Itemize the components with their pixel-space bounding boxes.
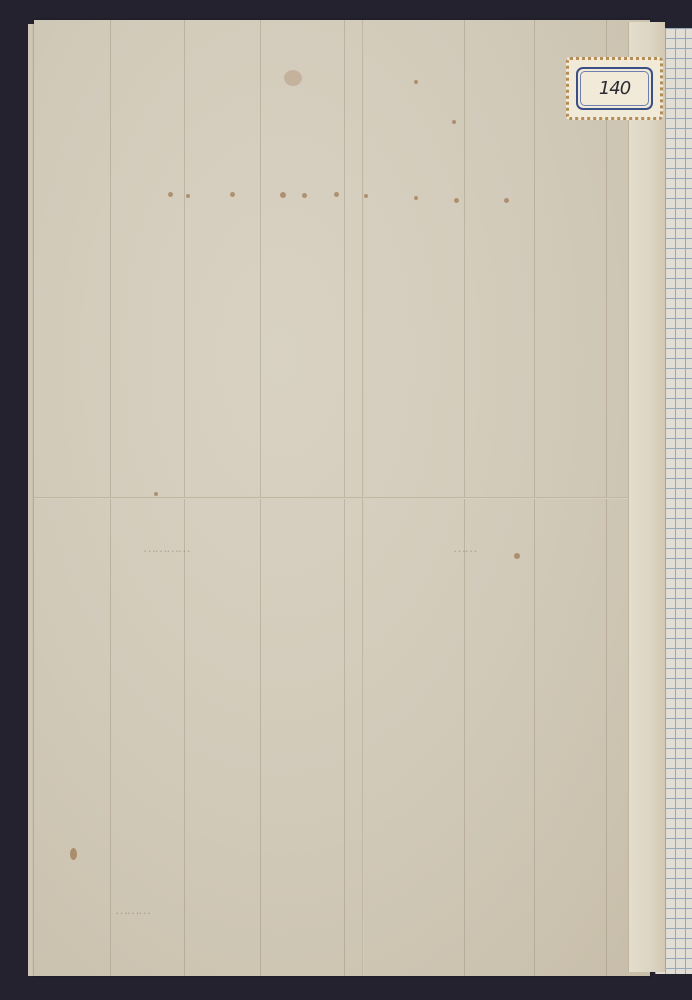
ink-stain [230, 192, 235, 197]
ink-stain [280, 192, 286, 198]
binding-stub [628, 22, 665, 972]
faded-text: ……… [116, 902, 151, 918]
ink-stain [70, 848, 77, 860]
ink-stain [454, 198, 459, 203]
water-stain [284, 70, 302, 86]
ink-stain [414, 196, 418, 200]
ink-stain [168, 192, 173, 197]
ink-stain [414, 80, 418, 84]
manuscript-sheet: ………… …… ……… [34, 20, 650, 976]
ink-stain [504, 198, 509, 203]
ink-stain [302, 193, 307, 198]
archive-label: 140 [566, 57, 663, 120]
faded-text: ………… [144, 540, 190, 556]
ink-stain [514, 553, 520, 559]
archive-label-number: 140 [599, 78, 630, 99]
archive-label-frame: 140 [576, 67, 653, 110]
ink-stain [334, 192, 339, 197]
horizontal-fold-crease [34, 497, 650, 499]
ink-stain [186, 194, 190, 198]
faded-text: …… [454, 540, 477, 556]
vertical-fold-crease [362, 20, 364, 976]
ink-stain [154, 492, 158, 496]
document-scan: ………… …… ……… 140 [0, 0, 692, 1000]
ink-stain [364, 194, 368, 198]
ink-stain [452, 120, 456, 124]
